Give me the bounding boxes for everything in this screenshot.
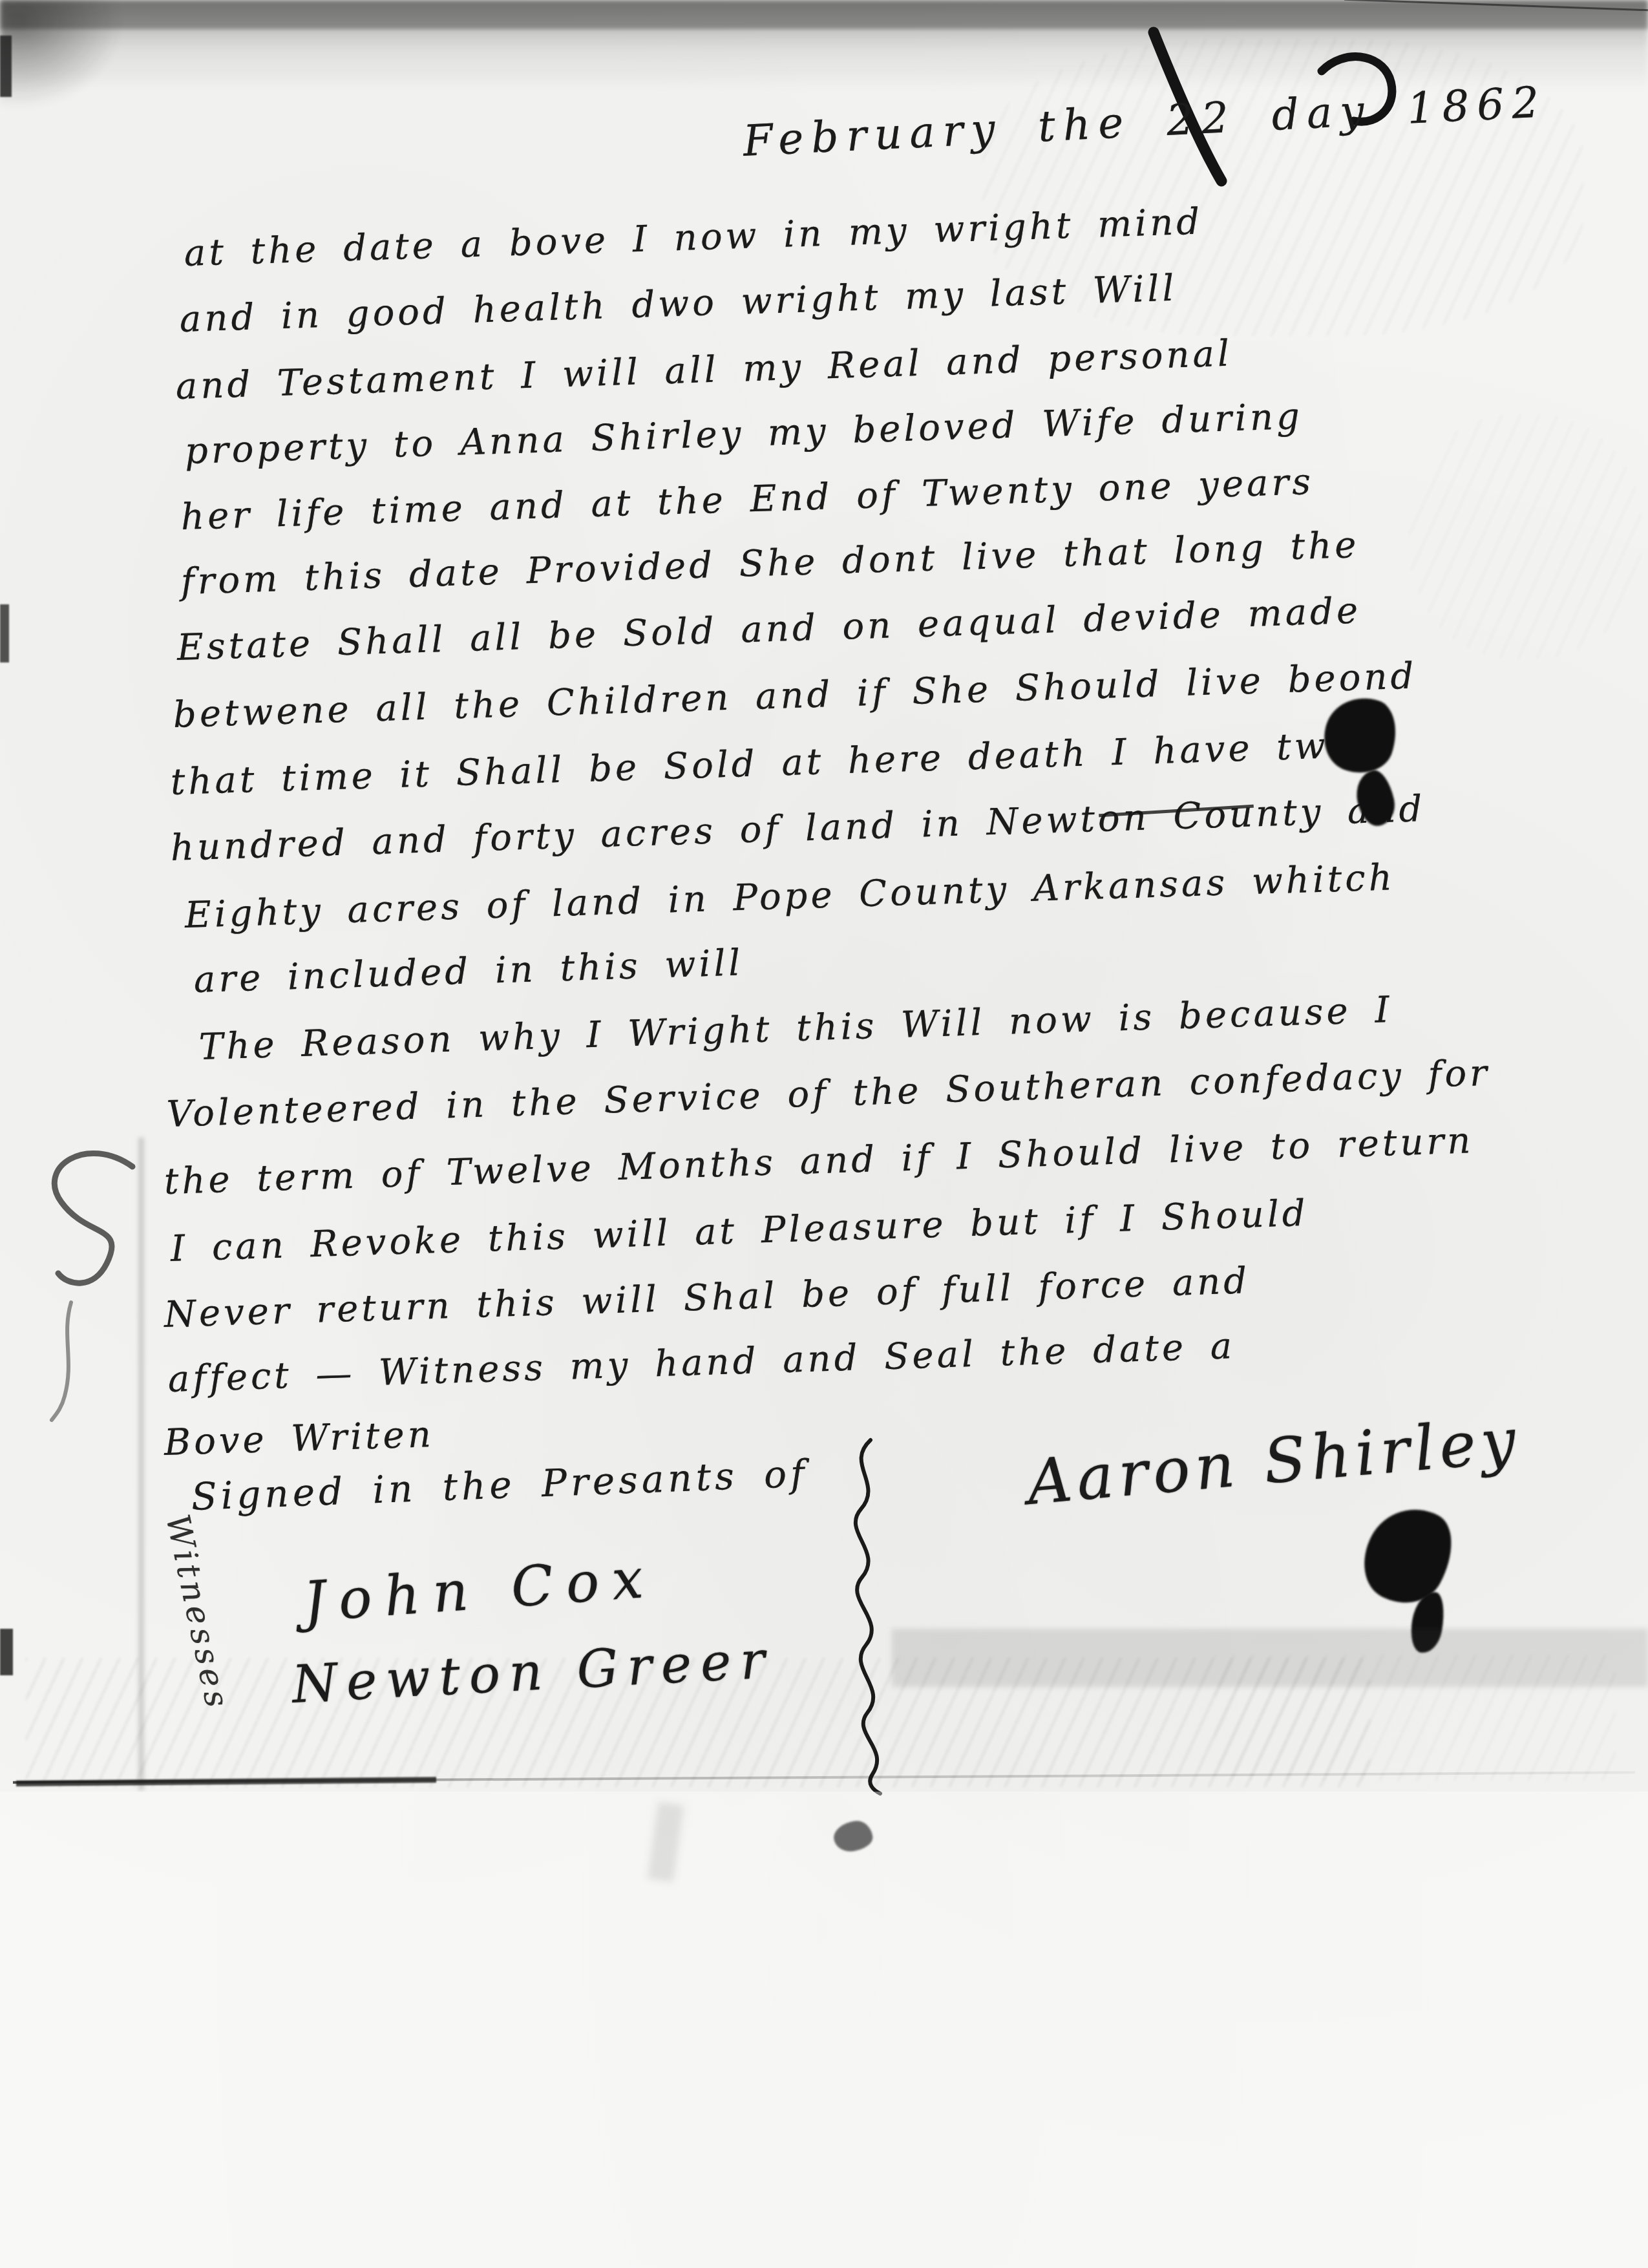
- will-line: Never return this will Shal be of full f…: [164, 1260, 1251, 1336]
- will-line: at the date a bove I now in my wright mi…: [184, 200, 1203, 274]
- attestation-line: Signed in the Presants of: [191, 1451, 809, 1519]
- scan-smudge-corner: [0, 0, 123, 110]
- page-edge-line: [1344, 0, 1648, 11]
- will-line: the term of Twelve Months and if I Shoul…: [164, 1119, 1474, 1203]
- will-line: betwene all the Children and if She Shou…: [173, 655, 1417, 736]
- will-line: her life time and at the End of Twenty o…: [180, 461, 1315, 538]
- ink-blot: [1407, 1589, 1448, 1656]
- edge-mark: [0, 1629, 13, 1675]
- lower-page-area: [0, 1792, 1648, 2268]
- testator-signature: Aaron Shirley: [1024, 1404, 1523, 1518]
- witness-name: John Cox: [302, 1546, 658, 1635]
- ink-blot: [832, 1819, 874, 1854]
- date-line: February the 22 day 1862: [742, 77, 1548, 166]
- bleedthrough-stamp-area: [1215, 1655, 1616, 1781]
- bleedthrough-hatch-right: [1409, 414, 1642, 659]
- scan-smudge-top: [0, 0, 1648, 90]
- will-line: are included in this will: [193, 942, 744, 1001]
- will-line: Estate Shall all be Sold and on eaqual d…: [176, 589, 1362, 669]
- scanned-will-document: February the 22 day 1862 at the date a b…: [0, 0, 1648, 2268]
- will-line: The Reason why I Wright this Will now is…: [198, 989, 1393, 1068]
- will-line: property to Anna Shirley my beloved Wife…: [184, 396, 1304, 472]
- will-line: affect — Witness my hand and Seal the da…: [167, 1325, 1236, 1401]
- will-line: that time it Shall be Sold at here death…: [170, 724, 1354, 803]
- will-line: hundred and forty acres of land in Newto…: [170, 788, 1426, 869]
- scan-smudge-top-dark: [0, 0, 1648, 29]
- will-line: Volenteered in the Service of the Southe…: [166, 1052, 1491, 1136]
- will-line: Bove Writen: [164, 1414, 435, 1464]
- will-line: and in good health dwo wright my last Wi…: [179, 268, 1178, 341]
- edge-mark: [0, 36, 12, 97]
- will-line: Eighty acres of land in Pope County Arka…: [184, 856, 1396, 937]
- will-line: and Testament I will all my Real and per…: [175, 333, 1233, 408]
- crease-line-vertical: [138, 1138, 144, 1790]
- scan-smudge-band: [892, 1629, 1648, 1687]
- will-line: from this date Provided She dont live th…: [180, 524, 1360, 603]
- scan-smudge-small: [648, 1802, 684, 1882]
- edge-mark: [0, 604, 9, 662]
- fold-line: [13, 1771, 1635, 1783]
- margin-flourish-mark: [10, 1141, 152, 1425]
- witness-name: Newton Greer: [291, 1629, 776, 1715]
- witness-brace: [822, 1435, 919, 1797]
- witnesses-margin-label: Witnesses: [158, 1511, 237, 1714]
- fold-line-dark-segment: [16, 1777, 436, 1786]
- will-line: I can Revoke this will at Pleasure but i…: [170, 1192, 1309, 1270]
- ink-blot: [1349, 1492, 1468, 1618]
